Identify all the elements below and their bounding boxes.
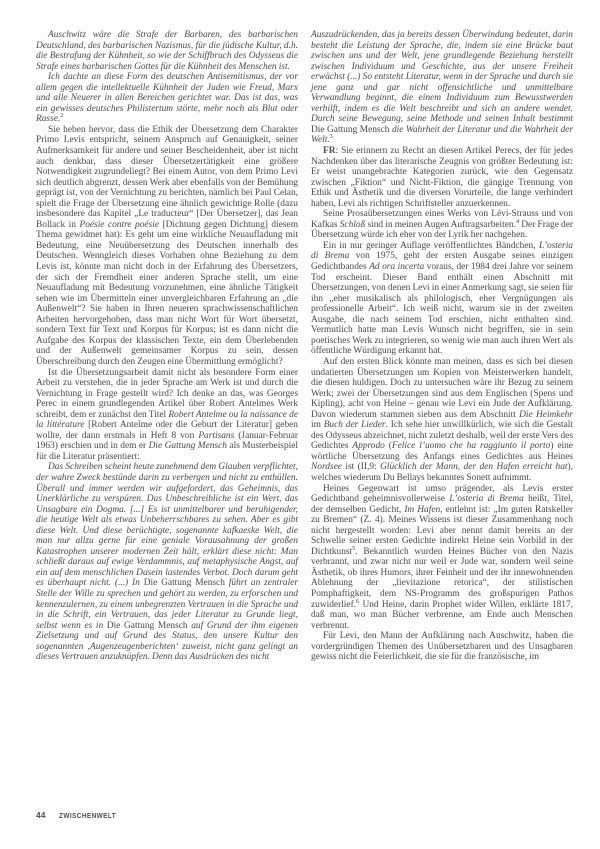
right-column: Auszudrückenden, das ja bereits dessen Ü… bbox=[311, 30, 573, 663]
text-segment: : Sie erinnern zu Recht an diesen Artike… bbox=[311, 146, 573, 209]
text-segment: Poésie contre poésie bbox=[79, 220, 159, 230]
paragraph: Ist die Übersetzungsarbeit damit nicht a… bbox=[36, 368, 298, 463]
paragraph: Für Levi, den Mann der Aufklärung nach A… bbox=[311, 631, 573, 663]
text-segment: Buch der Lieder bbox=[324, 420, 386, 430]
paragraph: Seine Prosaübersetzungen eines Werks von… bbox=[311, 209, 573, 241]
paragraph: Sie heben hervor, dass die Ethik der Übe… bbox=[36, 125, 298, 368]
text-segment: Die Gattung Mensch bbox=[149, 441, 227, 451]
left-column: Auschwitz wäre die Strafe der Barbaren, … bbox=[36, 30, 298, 663]
text-segment: ist (II,9: bbox=[342, 462, 380, 472]
page-number: 44 bbox=[36, 810, 45, 820]
text-segment: Approdo bbox=[352, 441, 384, 451]
text-columns: Auschwitz wäre die Strafe der Barbaren, … bbox=[36, 30, 572, 663]
text-segment: sind in meinen Augen Auftragsarbeiten. bbox=[365, 220, 516, 230]
text-segment: Die Gattung Mensch bbox=[107, 621, 188, 631]
text-segment: Partisans bbox=[198, 431, 234, 441]
paragraph: Auf den ersten Blick könnte man meinen, … bbox=[311, 357, 573, 484]
text-segment: Die Heimkehr bbox=[519, 410, 573, 420]
text-segment: Die Gattung Mensch bbox=[144, 578, 225, 588]
text-segment: Felice l’uomo che ha raggiunto il porto bbox=[392, 441, 550, 451]
text-segment: Ad ora incerta bbox=[369, 262, 424, 272]
text-segment: Für Levi, den Mann der Aufklärung nach A… bbox=[311, 631, 573, 662]
text-segment: Ich dachte an diese Form des deutschen A… bbox=[36, 72, 298, 124]
page-footer: 44 ZWISCHENWELT bbox=[36, 810, 122, 820]
text-segment: Die Gattung Mensch bbox=[311, 125, 389, 135]
text-segment: Sie heben hervor, dass die Ethik der Übe… bbox=[36, 125, 298, 230]
text-segment: Ein in nur geringer Auflage veröffentlic… bbox=[323, 241, 539, 251]
text-segment: Schloß bbox=[340, 220, 366, 230]
paragraph: Das Schreiben scheint heute zunehmend de… bbox=[36, 462, 298, 662]
text-segment: ( bbox=[385, 441, 392, 451]
text-segment: Das Schreiben scheint heute zunehmend de… bbox=[36, 462, 298, 588]
text-segment: [Dichtung gegen Dichtung] diesem Thema g… bbox=[36, 220, 298, 367]
paragraph: Auschwitz wäre die Strafe der Barbaren, … bbox=[36, 30, 298, 72]
text-segment: Auschwitz wäre die Strafe der Barbaren, … bbox=[36, 30, 298, 72]
footnote-marker: 3 bbox=[330, 133, 333, 140]
text-segment: im bbox=[311, 420, 324, 430]
text-segment: Glücklich der Mann, der den Hafen erreic… bbox=[380, 462, 567, 472]
text-segment: voraus, der 1984 drei Jahre vor seinem T… bbox=[311, 262, 573, 356]
text-segment: FR bbox=[323, 146, 336, 156]
document-page: Auschwitz wäre die Strafe der Barbaren, … bbox=[0, 0, 600, 849]
text-segment: Nordsee bbox=[311, 462, 342, 472]
text-segment: Auszudrückenden, das ja bereits dessen Ü… bbox=[311, 30, 573, 124]
journal-title: ZWISCHENWELT bbox=[59, 813, 116, 820]
paragraph: Ein in nur geringer Auflage veröffentlic… bbox=[311, 241, 573, 357]
text-segment: Im Hafen bbox=[404, 505, 440, 515]
paragraph: FR: Sie erinnern zu Recht an diesen Arti… bbox=[311, 146, 573, 209]
paragraph: Auszudrückenden, das ja bereits dessen Ü… bbox=[311, 30, 573, 146]
paragraph: Ich dachte an diese Form des deutschen A… bbox=[36, 72, 298, 125]
paragraph: Heines Gegenwart ist umso prägender, als… bbox=[311, 484, 573, 632]
text-segment: L’osteria di Brema bbox=[449, 494, 524, 504]
footnote-marker: 2 bbox=[60, 112, 63, 119]
